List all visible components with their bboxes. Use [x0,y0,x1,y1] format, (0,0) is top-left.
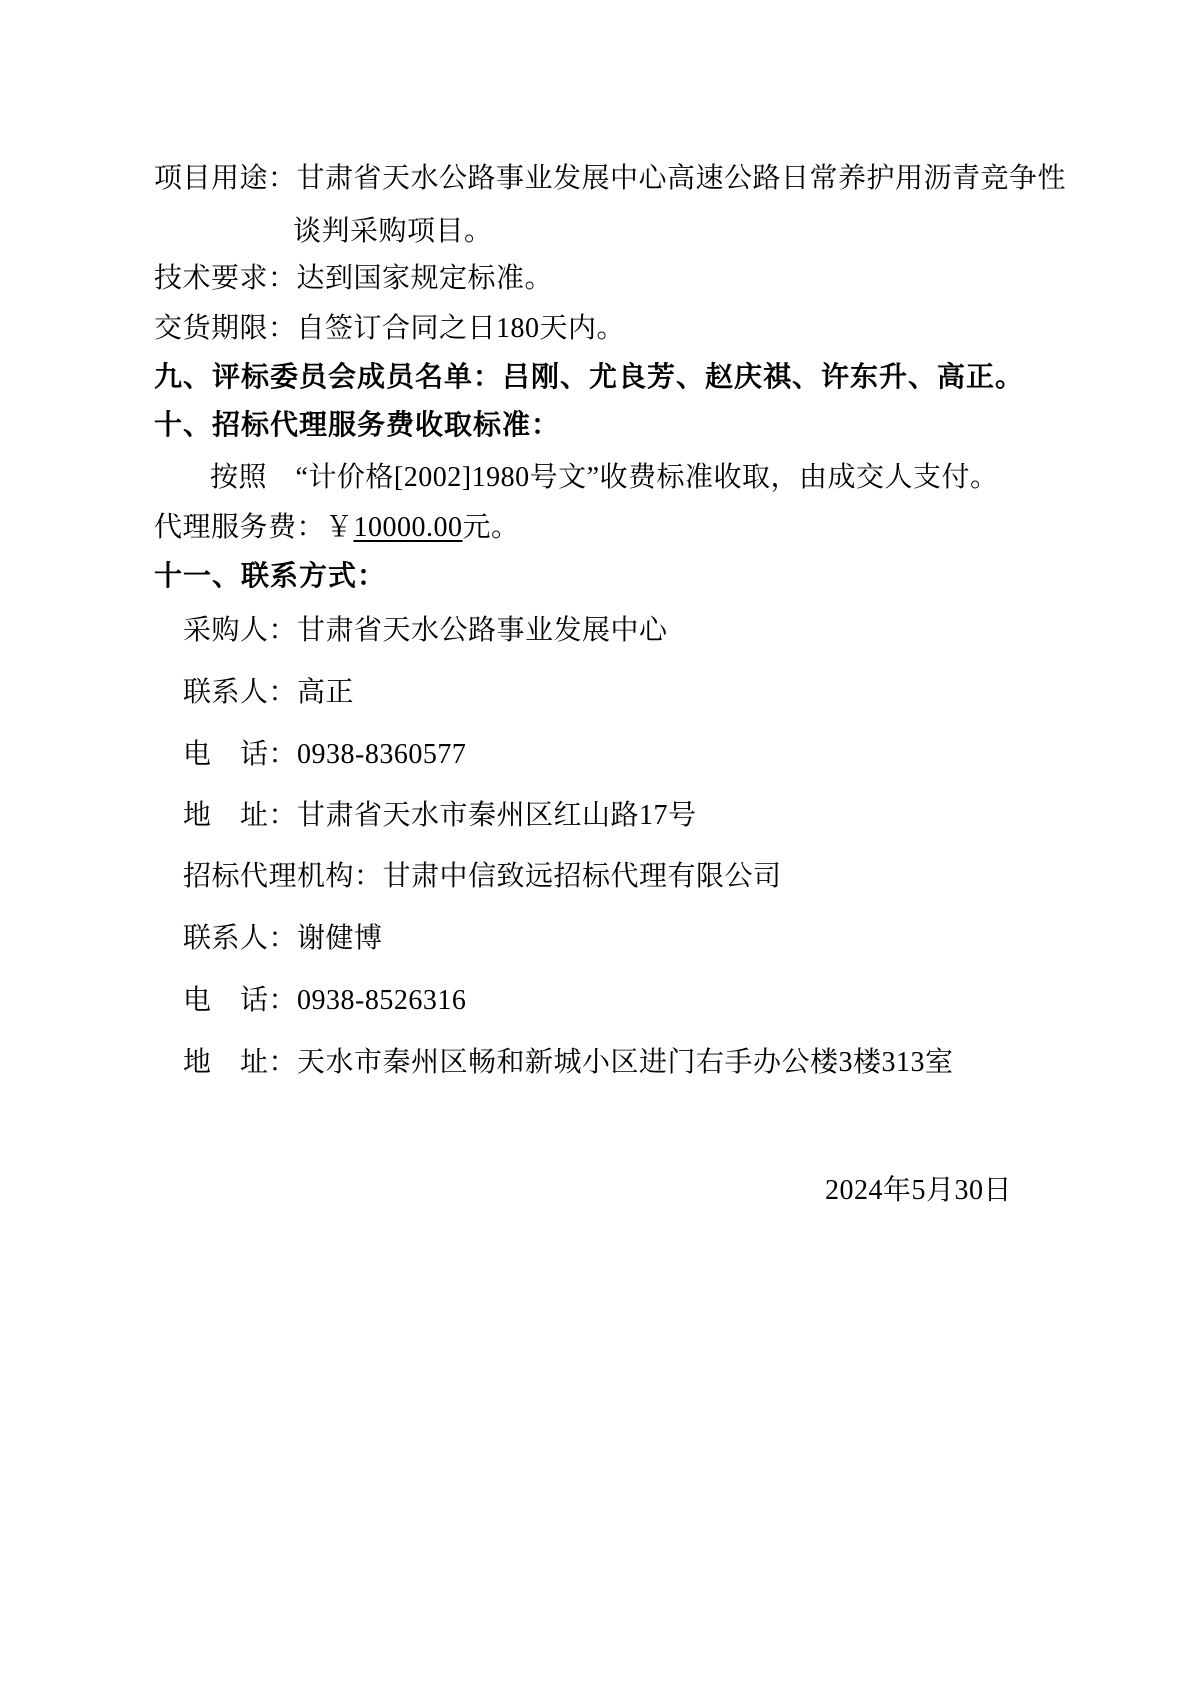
section-ten-body: 按照 “计价格[2002]1980号文”收费标准收取，由成交人支付。 [210,460,999,496]
purchaser-phone-value: 0938-8360577 [297,739,466,770]
section-nine-heading: 九、评标委员会成员名单： [154,362,502,393]
agency-label: 招标代理机构： [183,861,383,892]
document-page: 项目用途：甘肃省天水公路事业发展中心高速公路日常养护用沥青竞争性 谈判采购项目。… [0,0,1191,1684]
purchaser-address-line: 地 址：甘肃省天水市秦州区红山路17号 [183,798,697,834]
project-purpose-value-line1: 甘肃省天水公路事业发展中心高速公路日常养护用沥青竞争性 [297,163,1067,194]
purchaser-contact-label: 联系人： [183,677,297,708]
purchaser-phone-label: 电 话： [183,739,297,770]
project-purpose-label: 项目用途： [154,163,297,194]
delivery-deadline-value: 自签订合同之日180天内。 [297,313,626,344]
agency-fee-label: 代理服务费：￥ [154,512,354,543]
agency-contact-label: 联系人： [183,923,297,954]
delivery-deadline-label: 交货期限： [154,313,297,344]
agency-fee-suffix: 元。 [463,512,520,543]
section-nine-members: 吕刚、尤良芳、赵庆祺、许东升、高正。 [502,362,1024,393]
agency-address-line: 地 址：天水市秦州区畅和新城小区进门右手办公楼3楼313室 [183,1045,954,1081]
section-eleven-heading: 十一、联系方式： [154,559,386,595]
technical-requirement-value: 达到国家规定标准。 [297,263,554,294]
agency-line: 招标代理机构：甘肃中信致远招标代理有限公司 [183,859,782,895]
purchaser-contact-value: 高正 [297,677,354,708]
agency-contact-value: 谢健博 [297,923,383,954]
technical-requirement-label: 技术要求： [154,263,297,294]
delivery-deadline-line: 交货期限：自签订合同之日180天内。 [154,311,625,347]
purchaser-line: 采购人：甘肃省天水公路事业发展中心 [183,613,668,649]
agency-contact-line: 联系人：谢健博 [183,921,383,957]
agency-address-value: 天水市秦州区畅和新城小区进门右手办公楼3楼313室 [297,1047,954,1078]
project-purpose-wrap-line: 谈判采购项目。 [293,214,493,250]
agency-phone-value: 0938-8526316 [297,985,466,1016]
section-ten-heading: 十、招标代理服务费收取标准： [154,408,560,444]
agency-phone-label: 电 话： [183,985,297,1016]
purchaser-value: 甘肃省天水公路事业发展中心 [297,615,668,646]
document-date: 2024年5月30日 [825,1173,1012,1209]
agency-fee-line: 代理服务费：￥10000.00元。 [154,510,520,546]
purchaser-contact-line: 联系人：高正 [183,675,354,711]
agency-phone-line: 电 话：0938-8526316 [183,983,466,1019]
technical-requirement-line: 技术要求：达到国家规定标准。 [154,261,553,297]
purchaser-phone-line: 电 话：0938-8360577 [183,737,466,773]
section-nine-heading-line: 九、评标委员会成员名单：吕刚、尤良芳、赵庆祺、许东升、高正。 [154,360,1024,396]
purchaser-address-value: 甘肃省天水市秦州区红山路17号 [297,800,697,831]
purchaser-label: 采购人： [183,615,297,646]
agency-value: 甘肃中信致远招标代理有限公司 [383,861,782,892]
agency-address-label: 地 址： [183,1047,297,1078]
purchaser-address-label: 地 址： [183,800,297,831]
agency-fee-amount: 10000.00 [354,512,463,543]
project-purpose-line: 项目用途：甘肃省天水公路事业发展中心高速公路日常养护用沥青竞争性 [154,161,1066,197]
